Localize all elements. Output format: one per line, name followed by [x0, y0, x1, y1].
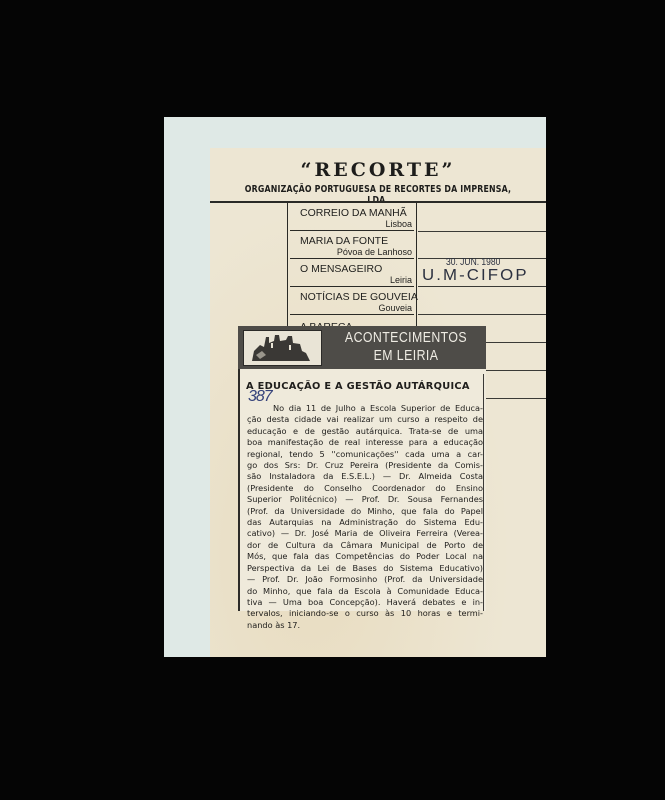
article-line: tiva — Uma boa Concepção). Haverá debate… [247, 597, 483, 608]
castle-icon [243, 330, 322, 366]
article-line: Superior Politécnico) — Prof. Dr. Sousa … [247, 494, 483, 505]
publication-entry: NOTÍCIAS DE GOUVEIA Gouveia [290, 287, 414, 315]
article-line: No dia 11 de Julho a Escola Superior de … [247, 403, 483, 414]
publication-entry: MARIA DA FONTE Póvoa de Lanhoso [290, 231, 414, 259]
column-divider-right [416, 202, 417, 332]
article-line: go dos Srs: Dr. Cruz Pereira (Presidente… [247, 460, 483, 471]
publication-city: Gouveia [378, 303, 412, 313]
publication-city: Leiria [390, 275, 412, 285]
section-title-line-1: ACONTECIMENTOS [340, 329, 473, 347]
handwritten-org: U.M-CIFOP [422, 267, 529, 285]
article-body: No dia 11 de Julho a Escola Superior de … [247, 403, 483, 631]
article-line: — Prof. Dr. João Formosinho (Prof. da Un… [247, 574, 483, 585]
section-title-line-2: EM LEIRIA [340, 347, 473, 365]
article-line: regional, tendo 5 ''comunicações'' cada … [247, 449, 483, 460]
clipping-border-right [483, 374, 484, 611]
article-line: ção desta cidade vai realizar um curso a… [247, 414, 483, 425]
publication-entry: CORREIO DA MANHÃ Lisboa [290, 203, 414, 231]
article-line: do Minho, que fala da Escola à Comunidad… [247, 586, 483, 597]
publication-name: O MENSAGEIRO [300, 263, 382, 275]
form-line [418, 314, 546, 315]
publication-entry: O MENSAGEIRO Leiria [290, 259, 414, 287]
publication-name: MARIA DA FONTE [300, 235, 388, 247]
article-line: nando às 17. [247, 620, 483, 631]
article-line: educação e de gestão autárquica. Trata-s… [247, 426, 483, 437]
section-banner: ACONTECIMENTOS EM LEIRIA [238, 326, 486, 369]
article-line: dor de Cultura da Câmara Municipal de Po… [247, 540, 483, 551]
article-line: tervalos, iniciando-se o curso às 10 hor… [247, 608, 483, 619]
publication-city: Lisboa [385, 219, 412, 229]
article-title: A EDUCAÇÃO E A GESTÃO AUTÁRQUICA [246, 381, 470, 392]
column-divider-left [287, 202, 288, 332]
newspaper-clipping: ACONTECIMENTOS EM LEIRIA A EDUCAÇÃO E A … [238, 326, 486, 611]
article-line: Mós, que fala das Competências do Poder … [247, 551, 483, 562]
article-line: boa manifestação de real interesse para … [247, 437, 483, 448]
form-line [418, 231, 546, 232]
article-line: das Autarquias na Administração do Siste… [247, 517, 483, 528]
publication-city: Póvoa de Lanhoso [337, 247, 412, 257]
form-line [418, 286, 546, 287]
article-line: cativo) — Dr. José Maria de Oliveira Fer… [247, 528, 483, 539]
article-line: Perspectiva da Lei de Bases do Sistema E… [247, 563, 483, 574]
section-title: ACONTECIMENTOS EM LEIRIA [340, 329, 473, 365]
publication-name: NOTÍCIAS DE GOUVEIA [300, 291, 418, 303]
publication-name: CORREIO DA MANHÃ [300, 207, 407, 219]
article-line: (Presidente do Conselho Coordenador do E… [247, 483, 483, 494]
agency-title: “RECORTE” [210, 159, 546, 181]
article-line: (Prof. da Universidade do Minho, que fal… [247, 506, 483, 517]
article-line: são Instaladora da E.S.E.L.) — Dr. Almei… [247, 471, 483, 482]
